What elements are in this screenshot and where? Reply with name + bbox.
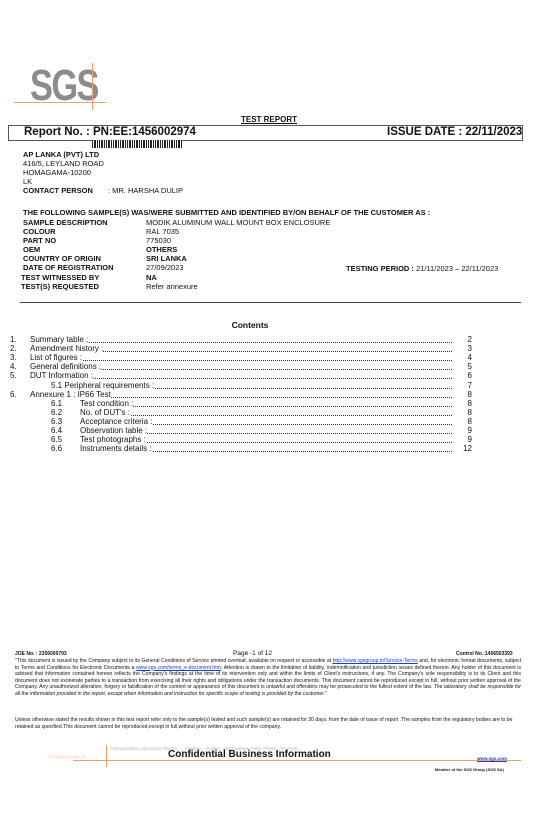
- sgs-member-note: Member of the SGS Group (SGS SA): [435, 767, 504, 772]
- sample-field-label: COLOUR: [23, 227, 56, 236]
- logo-vertical-line: [92, 63, 93, 110]
- testing-period-label: TESTING PERIOD :: [346, 264, 414, 273]
- service-terms-link[interactable]: http://www.sgsgroup.in/Service-Terms: [333, 658, 418, 664]
- customer-address-line1: 416/5, LEYLAND ROAD: [23, 159, 104, 168]
- sample-field-value: Refer annexure: [146, 282, 198, 291]
- toc-leader-dots: [80, 399, 464, 407]
- disclaimer-text: "This document is issued by the Company …: [15, 658, 333, 664]
- barcode: [92, 140, 182, 148]
- sample-intro: THE FOLLOWING SAMPLE(S) WAS/WERE SUBMITT…: [23, 208, 430, 217]
- legal-disclaimer: "This document is issued by the Company …: [15, 658, 521, 697]
- customer-country: LK: [23, 177, 32, 186]
- toc-leader-dots: [80, 408, 464, 416]
- sample-field-label: OEM: [23, 245, 40, 254]
- footer-website-link[interactable]: www.sgs.com: [477, 756, 507, 761]
- testing-period-value: 21/11/2023 – 22/11/2023: [416, 264, 498, 273]
- toc-leader-dots: [30, 371, 464, 379]
- e-document-terms-link[interactable]: www.sgs.com/terms_e-document.htm: [136, 665, 221, 671]
- toc-page-number: 12: [452, 444, 472, 454]
- toc-entry[interactable]: 6.6Instruments details :12: [0, 444, 538, 454]
- sample-field-value: MODIK ALUMINUM WALL MOUNT BOX ENCLOSURE: [146, 218, 330, 227]
- sample-field-label: SAMPLE DESCRIPTION: [23, 218, 108, 227]
- customer-address-line2: HOMAGAMA-10200: [23, 168, 91, 177]
- toc-number: 6.6: [51, 444, 62, 454]
- sample-field-value: RAL 7035: [146, 227, 179, 236]
- contents-heading: Contents: [0, 320, 500, 330]
- issue-date: ISSUE DATE : 22/11/2023: [387, 126, 522, 138]
- control-number: Control No.:1456503393: [456, 651, 513, 657]
- confidential-label: Confidential Business Information: [168, 749, 331, 760]
- footer-line: [73, 760, 521, 761]
- toc-leader-dots: [30, 335, 464, 343]
- sample-field-value: OTHERS: [146, 245, 177, 254]
- sample-field-label: COUNTRY OF ORIGIN: [23, 254, 101, 263]
- sample-field-value: 775030: [146, 236, 171, 245]
- contact-person-label: CONTACT PERSON: [23, 186, 93, 195]
- footer-vertical-line: [106, 745, 107, 767]
- joe-number: JOE No. : 2356000793: [15, 651, 67, 657]
- sample-field-value: NA: [146, 273, 157, 282]
- report-number: Report No. : PN:EE:1456002974: [24, 126, 196, 138]
- sample-field-label: TEST(S) REQUESTED: [21, 282, 99, 291]
- section-divider: [20, 302, 521, 303]
- retention-notice: Unless otherwise stated the results show…: [15, 717, 521, 730]
- sample-field-label: TEST WITNESSED BY: [21, 273, 99, 282]
- sample-field-label: PART NO: [23, 236, 56, 245]
- sample-field-label: DATE OF REGISTRATION: [23, 263, 114, 272]
- footer-company-name: SGS India Private Ltd: [47, 754, 85, 759]
- testing-period: TESTING PERIOD : 21/11/2023 – 22/11/2023: [346, 264, 498, 273]
- sample-field-value: SRI LANKA: [146, 254, 187, 263]
- contact-person-value: : MR. HARSHA DULIP: [108, 186, 183, 195]
- document-title: TEST REPORT: [0, 115, 538, 124]
- page-number: Page -1 of 12: [233, 650, 272, 657]
- toc-leader-dots: [30, 353, 464, 361]
- sample-field-value: 27/09/2023: [146, 263, 184, 272]
- customer-name: AP LANKA (PVT) LTD: [23, 150, 99, 159]
- toc-title: Instruments details :: [80, 444, 152, 454]
